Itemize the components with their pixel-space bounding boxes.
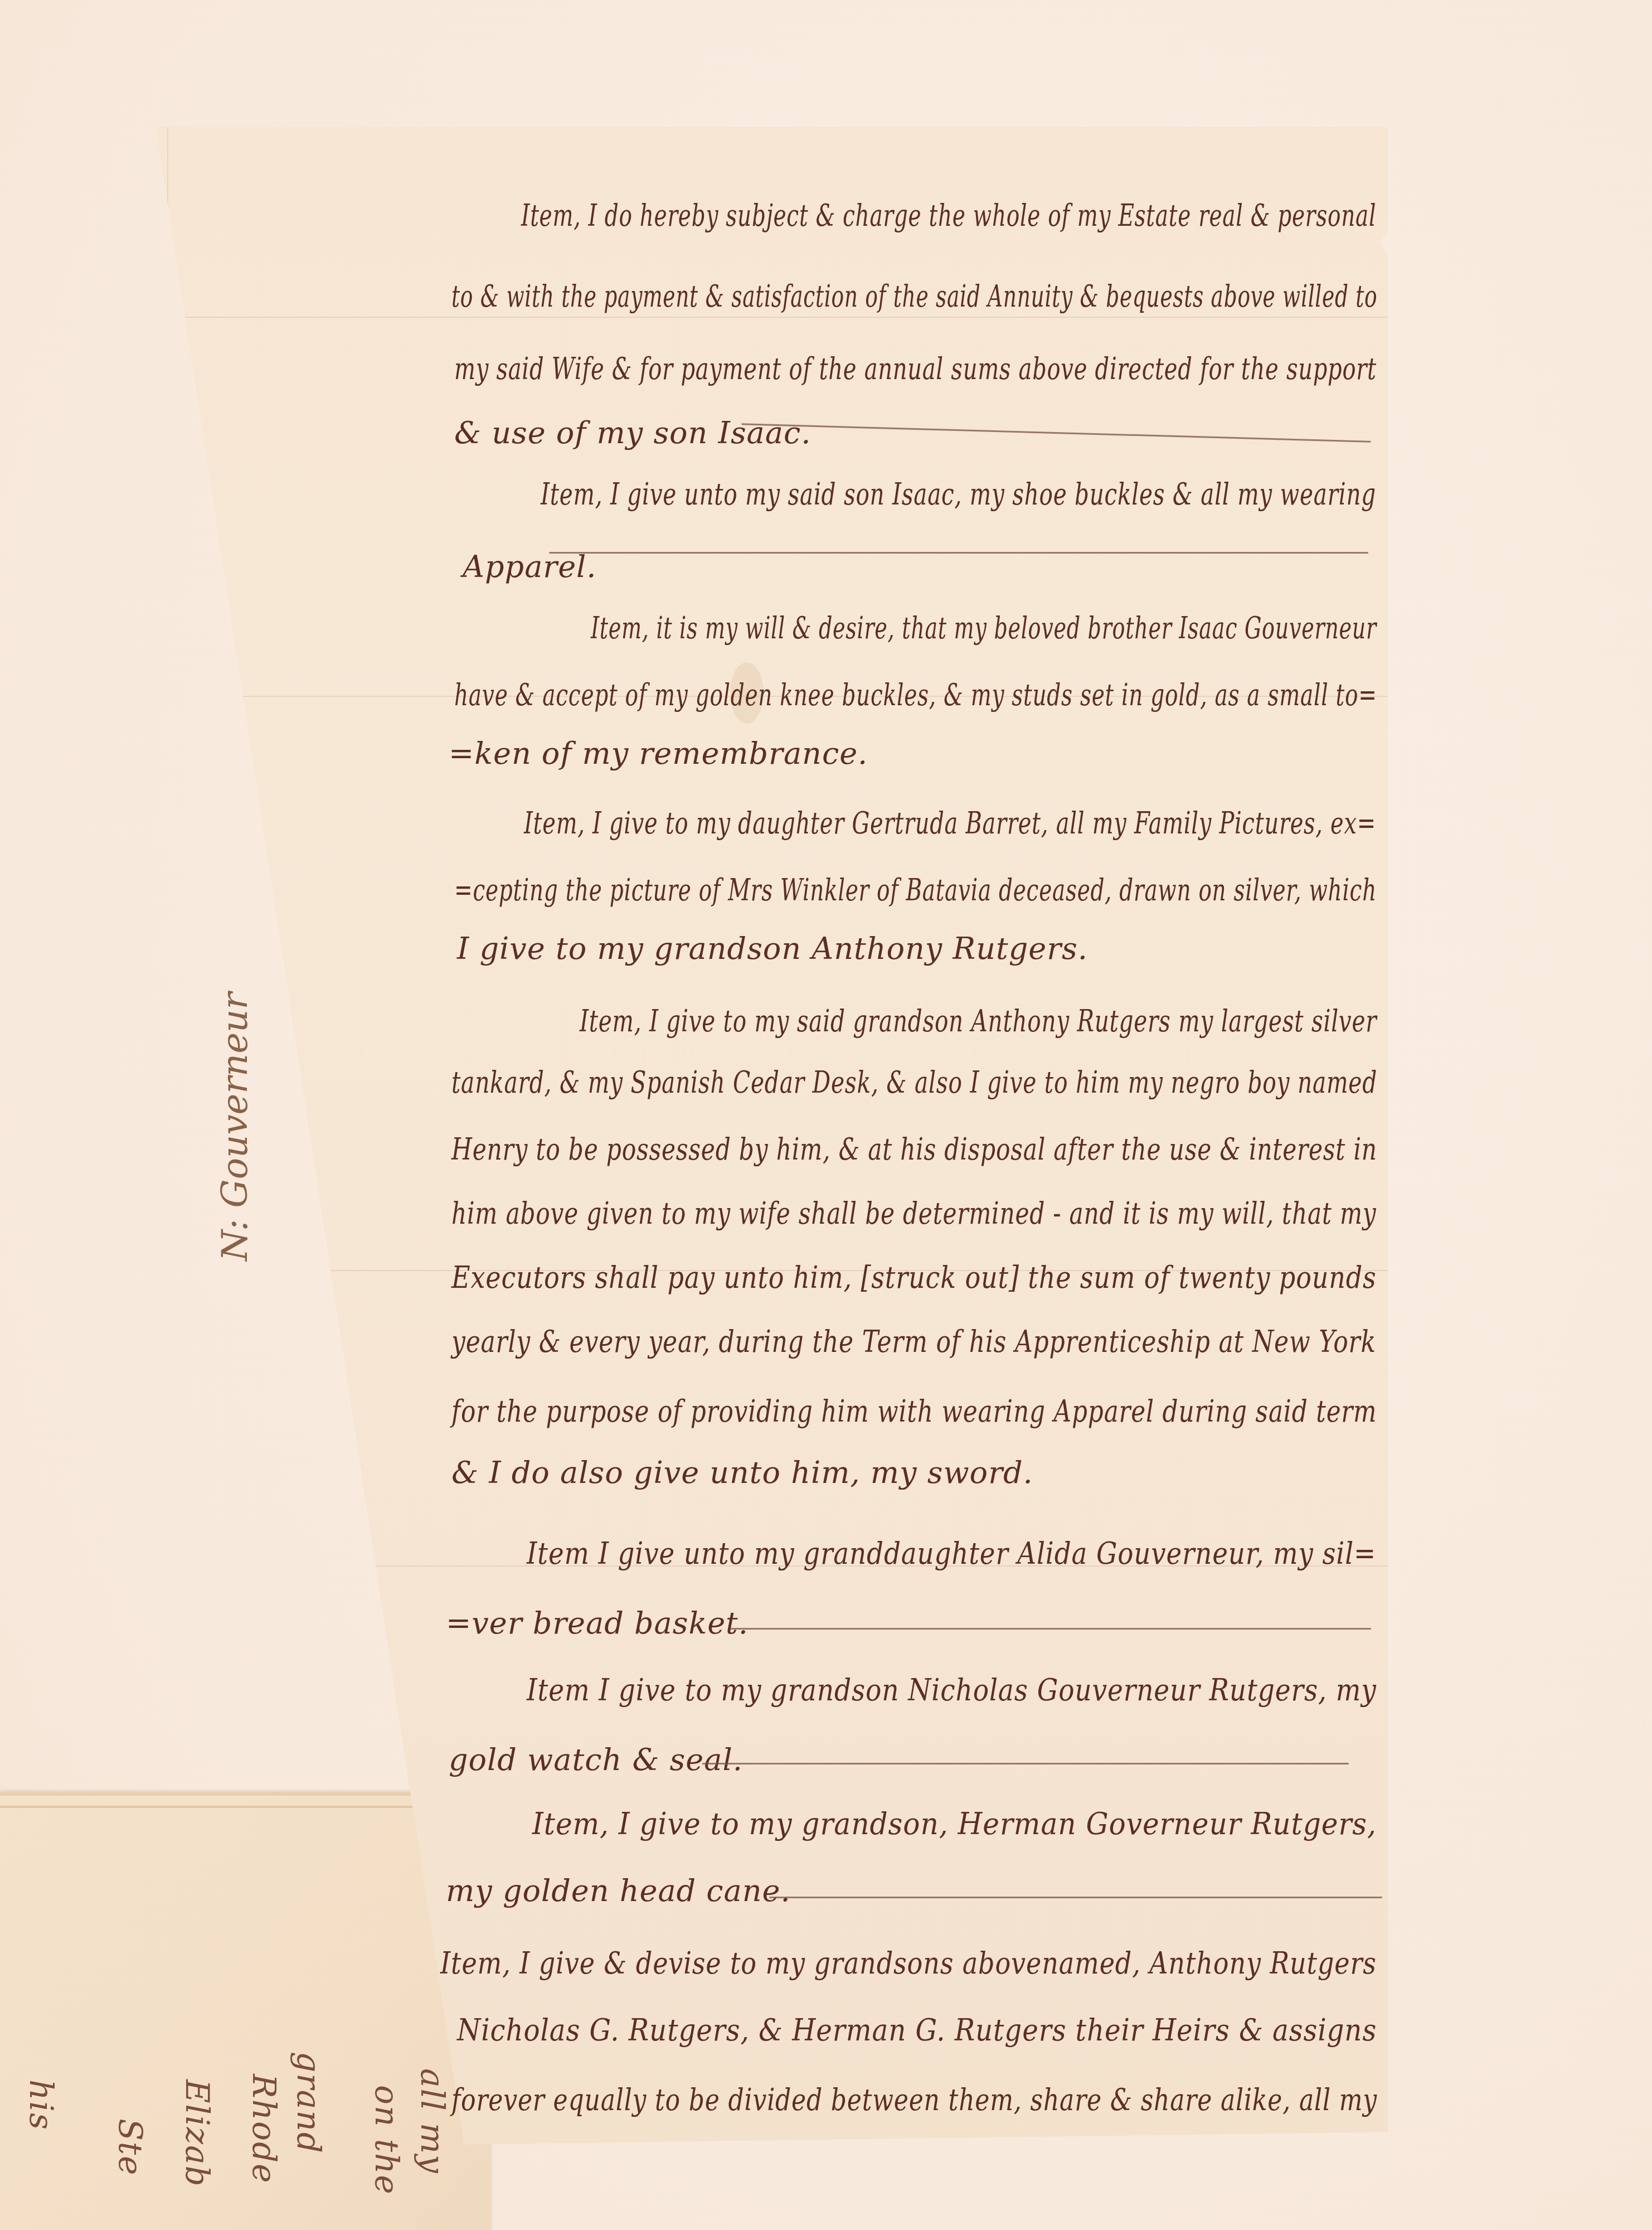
line-filler (769, 1897, 1382, 1898)
text-line: have & accept of my golden knee buckles,… (454, 677, 1377, 712)
fragment: on the (368, 2085, 406, 2195)
text-line: =ver bread basket. (446, 1606, 749, 1641)
text-line: Executors shall pay unto him, [struck ou… (451, 1260, 1377, 1295)
text-line: Item, it is my will & desire, that my be… (591, 610, 1377, 646)
underlying-page-text: all my on the grand Rhode Elizab Ste his (0, 1985, 490, 2230)
fragment: all my (414, 2068, 451, 2174)
text-line: gold watch & seal. (449, 1742, 743, 1777)
text-line: Item, I give & devise to my grandsons ab… (440, 1946, 1377, 1981)
text-line: forever equally to be divided between th… (451, 2082, 1377, 2117)
text-line: Item, I do hereby subject & charge the w… (521, 198, 1376, 233)
text-line: to & with the payment & satisfaction of … (451, 279, 1377, 314)
text-line: & use of my son Isaac. (454, 415, 811, 450)
text-line: Item, I give to my said grandson Anthony… (580, 1003, 1377, 1039)
text-line: my said Wife & for payment of the annual… (454, 351, 1377, 386)
text-line: & I do also give unto him, my sword. (451, 1455, 1033, 1490)
text-line: Item, I give to my grandson, Herman Gove… (532, 1806, 1377, 1841)
text-line: Item, I give to my daughter Gertruda Bar… (524, 806, 1376, 841)
text-line: yearly & every year, during the Term of … (451, 1324, 1376, 1359)
text-line: Item I give unto my granddaughter Alida … (527, 1536, 1376, 1571)
text-line: Apparel. (463, 549, 597, 584)
text-line: him above given to my wife shall be dete… (451, 1196, 1376, 1231)
line-filler (702, 1763, 1349, 1764)
fold-line (156, 317, 1388, 318)
line-filler (730, 1628, 1371, 1630)
text-line: Item, I give unto my said son Isaac, my … (541, 477, 1376, 512)
fragment: grand (290, 2052, 328, 2154)
text-line: for the purpose of providing him with we… (451, 1394, 1377, 1429)
fragment: Rhode (245, 2074, 283, 2184)
fragment: Ste (111, 2118, 149, 2176)
margin-note: N: Gouverneur (215, 992, 256, 1261)
text-line: Nicholas G. Rutgers, & Herman G. Rutgers… (457, 2013, 1377, 2048)
fragment: his (22, 2079, 60, 2131)
text-line: =ken of my remembrance. (449, 736, 868, 771)
fragment: Elizab (178, 2079, 216, 2188)
text-line: tankard, & my Spanish Cedar Desk, & also… (451, 1065, 1377, 1100)
text-line: I give to my grandson Anthony Rutgers. (457, 931, 1088, 966)
text-line: =cepting the picture of Mrs Winkler of B… (454, 872, 1377, 908)
line-filler (549, 552, 1368, 554)
text-line: my golden head cane. (446, 1873, 791, 1908)
text-line: Item I give to my grandson Nicholas Gouv… (527, 1672, 1377, 1708)
text-line: Henry to be possessed by him, & at his d… (451, 1132, 1377, 1167)
